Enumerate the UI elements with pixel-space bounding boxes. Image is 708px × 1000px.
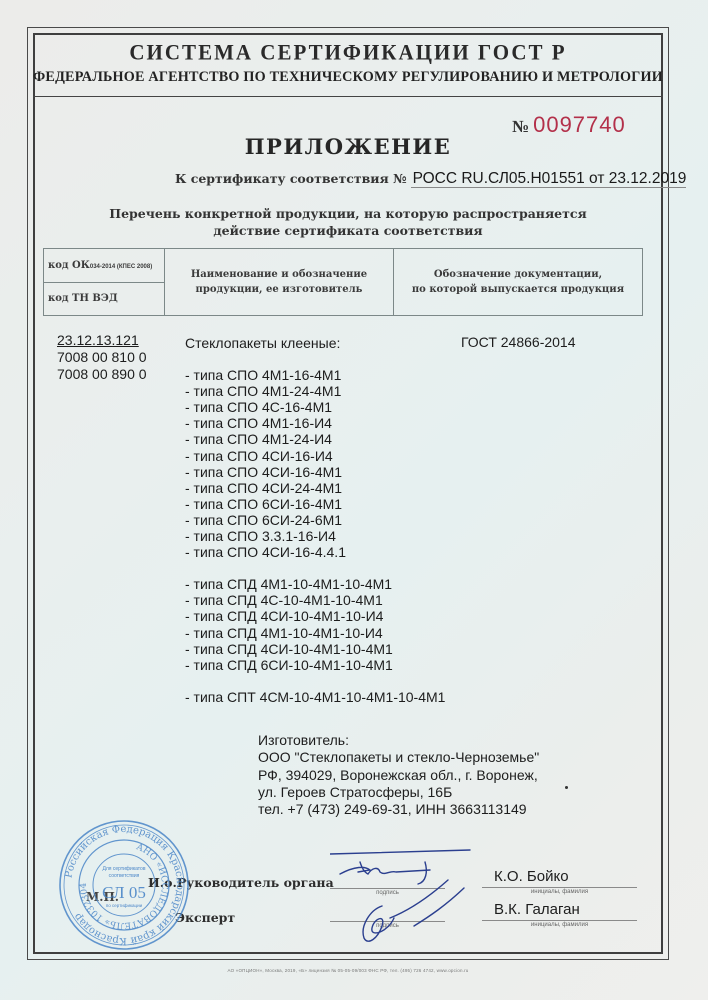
documentation-standard: ГОСТ 24866-2014 <box>461 334 576 350</box>
list-item: - типа СПО 4М1-24-И4 <box>185 431 445 447</box>
list-item: - типа СПД 4М1-10-4М1-10-И4 <box>185 625 445 641</box>
group-spacer <box>185 673 445 689</box>
manufacturer-block: Изготовитель: ООО "Стеклопакеты и стекло… <box>258 732 539 818</box>
svg-text:СЛ 05: СЛ 05 <box>102 883 146 902</box>
header-code-tnved: код ТН ВЭД <box>44 282 165 316</box>
manufacturer-address-1: РФ, 394029, Воронежская обл., г. Воронеж… <box>258 767 539 784</box>
header-doc-column: Обозначение документации, по которой вып… <box>394 249 643 316</box>
svg-text:по сертификации: по сертификации <box>106 903 143 908</box>
svg-text:Для сертификатов: Для сертификатов <box>103 866 146 872</box>
list-item: - типа СПД 4СИ-10-4М1-10-4М1 <box>185 641 445 657</box>
certificate-reference: К сертификату соответствия № РОСС RU.СЛ0… <box>175 170 686 188</box>
list-item: - типа СПО 6СИ-24-6М1 <box>185 512 445 528</box>
group-spacer <box>185 560 445 576</box>
certificate-label: К сертификату соответствия № <box>175 171 407 186</box>
list-item: - типа СПО 4СИ-24-4М1 <box>185 480 445 496</box>
svg-text:соответствия: соответствия <box>109 873 140 879</box>
expert-name: В.К. Галаган <box>494 901 580 918</box>
head-name: К.О. Бойко <box>494 868 569 885</box>
header-product-column: Наименование и обозначение продукции, ее… <box>165 249 394 316</box>
header-divider <box>33 96 663 97</box>
handwritten-signatures <box>330 848 500 948</box>
list-item: - типа СПО 4СИ-16-И4 <box>185 448 445 464</box>
appendix-title: ПРИЛОЖЕНИЕ <box>33 134 663 159</box>
product-group-title: Стеклопакеты клееные: <box>185 335 445 351</box>
system-title: СИСТЕМА СЕРТИФИКАЦИИ ГОСТ Р <box>33 39 663 65</box>
list-item: - типа СПО 4СИ-16-4.4.1 <box>185 544 445 560</box>
list-item: - типа СПД 4С-10-4М1-10-4М1 <box>185 592 445 608</box>
manufacturer-label: Изготовитель: <box>258 732 539 749</box>
list-item: - типа СПО 6СИ-16-4М1 <box>185 496 445 512</box>
certificate-number: РОСС RU.СЛ05.Н01551 от 23.12.2019 <box>411 170 687 188</box>
manufacturer-contacts: тел. +7 (473) 249-69-31, ИНН 3663113149 <box>258 801 539 818</box>
printer-footer: АО «ОПЦИОН», Москва, 2019, «Б» лицензия … <box>33 968 663 973</box>
group-spacer <box>185 351 445 367</box>
product-list: Стеклопакеты клееные: - типа СПО 4М1-16-… <box>185 335 445 705</box>
list-item: - типа СПД 4М1-10-4М1-10-4М1 <box>185 576 445 592</box>
list-item: - типа СПД 4СИ-10-4М1-10-И4 <box>185 608 445 624</box>
name-caption: инициалы, фамилия <box>482 922 637 928</box>
expert-name-line <box>482 920 637 921</box>
agency-subtitle: ФЕДЕРАЛЬНОЕ АГЕНТСТВО ПО ТЕХНИЧЕСКОМУ РЕ… <box>33 69 663 86</box>
list-item: - типа СПО 4С-16-4М1 <box>185 399 445 415</box>
header-code-okpd: код ОК034-2014 (КПЕС 2008) <box>44 249 165 283</box>
code-okpd-value: 23.12.13.121 <box>57 332 147 349</box>
manufacturer-name: ООО "Стеклопакеты и стекло-Черноземье" <box>258 749 539 766</box>
code-tnved-value: 7008 00 890 0 <box>57 366 147 383</box>
code-tnved-value: 7008 00 810 0 <box>57 349 147 366</box>
speck <box>565 786 568 789</box>
okpd-standard: 034-2014 (КПЕС 2008) <box>90 264 152 270</box>
list-item: - типа СПО 3.3.1-16-И4 <box>185 528 445 544</box>
manufacturer-address-2: ул. Героев Стратосферы, 16Б <box>258 784 539 801</box>
list-title-line-2: действие сертификата соответствия <box>33 222 663 239</box>
list-item: - типа СПО 4СИ-16-4М1 <box>185 464 445 480</box>
name-caption: инициалы, фамилия <box>482 889 637 895</box>
head-name-line <box>482 887 637 888</box>
list-item: - типа СПД 6СИ-10-4М1-10-4М1 <box>185 657 445 673</box>
table-header: код ОК034-2014 (КПЕС 2008) Наименование … <box>43 248 643 316</box>
list-title-line-1: Перечень конкретной продукции, на котору… <box>33 205 663 222</box>
list-item: - типа СПО 4М1-16-4М1 <box>185 367 445 383</box>
certification-stamp: Российская Федерация Краснодарский край … <box>44 818 200 952</box>
product-codes: 23.12.13.121 7008 00 810 0 7008 00 890 0 <box>57 332 147 383</box>
list-item: - типа СПТ 4СМ-10-4М1-10-4М1-10-4М1 <box>185 689 445 705</box>
list-item: - типа СПО 4М1-24-4М1 <box>185 383 445 399</box>
list-title: Перечень конкретной продукции, на котору… <box>33 205 663 239</box>
list-item: - типа СПО 4М1-16-И4 <box>185 415 445 431</box>
